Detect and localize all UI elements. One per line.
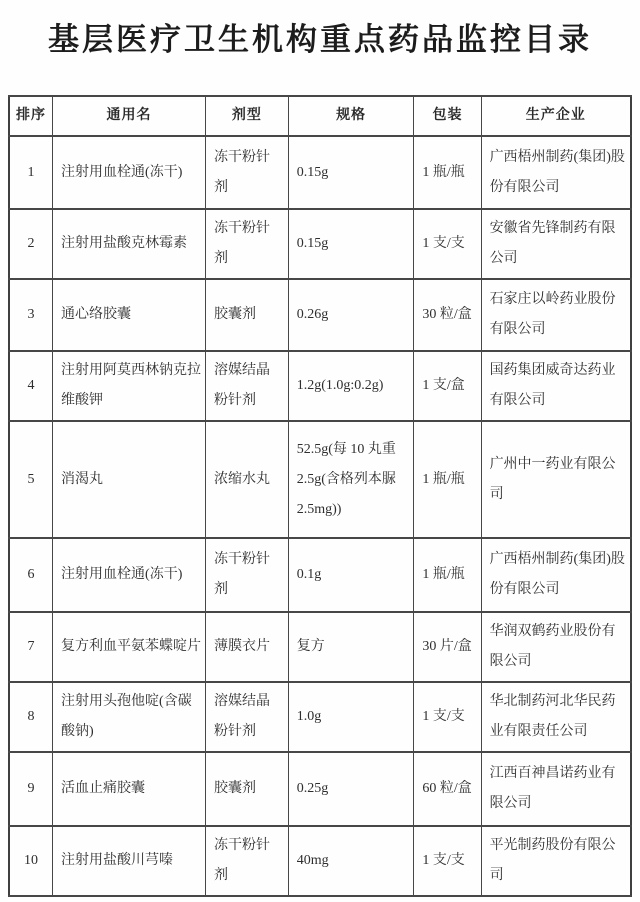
drug-catalog-table: 排序通用名剂型规格包装生产企业 1注射用血栓通(冻干)冻干粉针剂0.15g1 瓶… — [8, 95, 632, 897]
column-header-manufacturer: 生产企业 — [481, 96, 631, 136]
table-body: 1注射用血栓通(冻干)冻干粉针剂0.15g1 瓶/瓶广西梧州制药(集团)股份有限… — [9, 136, 631, 896]
cell-rank: 9 — [9, 752, 53, 826]
cell-packaging: 1 瓶/瓶 — [414, 538, 481, 612]
cell-dosage-form: 冻干粉针剂 — [206, 538, 289, 612]
cell-dosage-form: 冻干粉针剂 — [206, 209, 289, 279]
cell-manufacturer: 安徽省先锋制药有限公司 — [481, 209, 631, 279]
cell-generic-name: 注射用阿莫西林钠克拉维酸钾 — [53, 351, 206, 421]
cell-dosage-form: 浓缩水丸 — [206, 421, 289, 538]
cell-specification: 0.25g — [288, 752, 414, 826]
cell-packaging: 1 支/支 — [414, 209, 481, 279]
table-row: 10注射用盐酸川芎嗪冻干粉针剂40mg1 支/支平光制药股份有限公司 — [9, 826, 631, 896]
cell-specification: 0.15g — [288, 209, 414, 279]
cell-manufacturer: 江西百神昌诺药业有限公司 — [481, 752, 631, 826]
column-header-dosage-form: 剂型 — [206, 96, 289, 136]
cell-rank: 3 — [9, 279, 53, 351]
table-row: 9活血止痛胶囊胶囊剂0.25g60 粒/盒江西百神昌诺药业有限公司 — [9, 752, 631, 826]
cell-packaging: 1 瓶/瓶 — [414, 421, 481, 538]
cell-specification: 40mg — [288, 826, 414, 896]
table-row: 3通心络胶囊胶囊剂0.26g30 粒/盒石家庄以岭药业股份有限公司 — [9, 279, 631, 351]
cell-packaging: 1 支/支 — [414, 682, 481, 752]
cell-manufacturer: 广西梧州制药(集团)股份有限公司 — [481, 136, 631, 209]
document-page: 基层医疗卫生机构重点药品监控目录 排序通用名剂型规格包装生产企业 1注射用血栓通… — [0, 0, 640, 902]
column-header-rank: 排序 — [9, 96, 53, 136]
cell-manufacturer: 国药集团威奇达药业有限公司 — [481, 351, 631, 421]
cell-generic-name: 注射用血栓通(冻干) — [53, 538, 206, 612]
cell-specification: 52.5g(每 10 丸重 2.5g(含格列本脲 2.5mg)) — [288, 421, 414, 538]
cell-packaging: 60 粒/盒 — [414, 752, 481, 826]
cell-manufacturer: 华北制药河北华民药业有限责任公司 — [481, 682, 631, 752]
cell-generic-name: 活血止痛胶囊 — [53, 752, 206, 826]
column-header-specification: 规格 — [288, 96, 414, 136]
cell-rank: 7 — [9, 612, 53, 682]
cell-rank: 6 — [9, 538, 53, 612]
cell-manufacturer: 石家庄以岭药业股份有限公司 — [481, 279, 631, 351]
cell-dosage-form: 薄膜衣片 — [206, 612, 289, 682]
column-header-packaging: 包装 — [414, 96, 481, 136]
column-header-generic-name: 通用名 — [53, 96, 206, 136]
cell-packaging: 30 粒/盒 — [414, 279, 481, 351]
cell-manufacturer: 平光制药股份有限公司 — [481, 826, 631, 896]
cell-dosage-form: 冻干粉针剂 — [206, 826, 289, 896]
cell-specification: 1.2g(1.0g:0.2g) — [288, 351, 414, 421]
cell-generic-name: 注射用血栓通(冻干) — [53, 136, 206, 209]
cell-generic-name: 复方利血平氨苯蝶啶片 — [53, 612, 206, 682]
cell-generic-name: 注射用头孢他啶(含碳酸钠) — [53, 682, 206, 752]
cell-manufacturer: 广西梧州制药(集团)股份有限公司 — [481, 538, 631, 612]
table-row: 5消渴丸浓缩水丸52.5g(每 10 丸重 2.5g(含格列本脲 2.5mg))… — [9, 421, 631, 538]
cell-specification: 0.15g — [288, 136, 414, 209]
cell-generic-name: 消渴丸 — [53, 421, 206, 538]
cell-generic-name: 通心络胶囊 — [53, 279, 206, 351]
cell-rank: 5 — [9, 421, 53, 538]
cell-packaging: 1 瓶/瓶 — [414, 136, 481, 209]
cell-packaging: 1 支/盒 — [414, 351, 481, 421]
table-row: 7复方利血平氨苯蝶啶片薄膜衣片复方30 片/盒华润双鹤药业股份有限公司 — [9, 612, 631, 682]
cell-packaging: 1 支/支 — [414, 826, 481, 896]
cell-packaging: 30 片/盒 — [414, 612, 481, 682]
cell-dosage-form: 溶媒结晶粉针剂 — [206, 351, 289, 421]
table-row: 6注射用血栓通(冻干)冻干粉针剂0.1g1 瓶/瓶广西梧州制药(集团)股份有限公… — [9, 538, 631, 612]
cell-rank: 1 — [9, 136, 53, 209]
table-row: 8注射用头孢他啶(含碳酸钠)溶媒结晶粉针剂1.0g1 支/支华北制药河北华民药业… — [9, 682, 631, 752]
cell-generic-name: 注射用盐酸川芎嗪 — [53, 826, 206, 896]
cell-dosage-form: 溶媒结晶粉针剂 — [206, 682, 289, 752]
table-row: 4注射用阿莫西林钠克拉维酸钾溶媒结晶粉针剂1.2g(1.0g:0.2g)1 支/… — [9, 351, 631, 421]
cell-manufacturer: 广州中一药业有限公司 — [481, 421, 631, 538]
cell-specification: 1.0g — [288, 682, 414, 752]
cell-specification: 0.26g — [288, 279, 414, 351]
table-row: 2注射用盐酸克林霉素冻干粉针剂0.15g1 支/支安徽省先锋制药有限公司 — [9, 209, 631, 279]
cell-manufacturer: 华润双鹤药业股份有限公司 — [481, 612, 631, 682]
cell-generic-name: 注射用盐酸克林霉素 — [53, 209, 206, 279]
cell-dosage-form: 胶囊剂 — [206, 752, 289, 826]
cell-rank: 10 — [9, 826, 53, 896]
cell-dosage-form: 冻干粉针剂 — [206, 136, 289, 209]
cell-rank: 8 — [9, 682, 53, 752]
cell-rank: 2 — [9, 209, 53, 279]
header-row: 排序通用名剂型规格包装生产企业 — [9, 96, 631, 136]
cell-dosage-form: 胶囊剂 — [206, 279, 289, 351]
table-row: 1注射用血栓通(冻干)冻干粉针剂0.15g1 瓶/瓶广西梧州制药(集团)股份有限… — [9, 136, 631, 209]
cell-rank: 4 — [9, 351, 53, 421]
page-title: 基层医疗卫生机构重点药品监控目录 — [0, 18, 640, 62]
cell-specification: 复方 — [288, 612, 414, 682]
cell-specification: 0.1g — [288, 538, 414, 612]
